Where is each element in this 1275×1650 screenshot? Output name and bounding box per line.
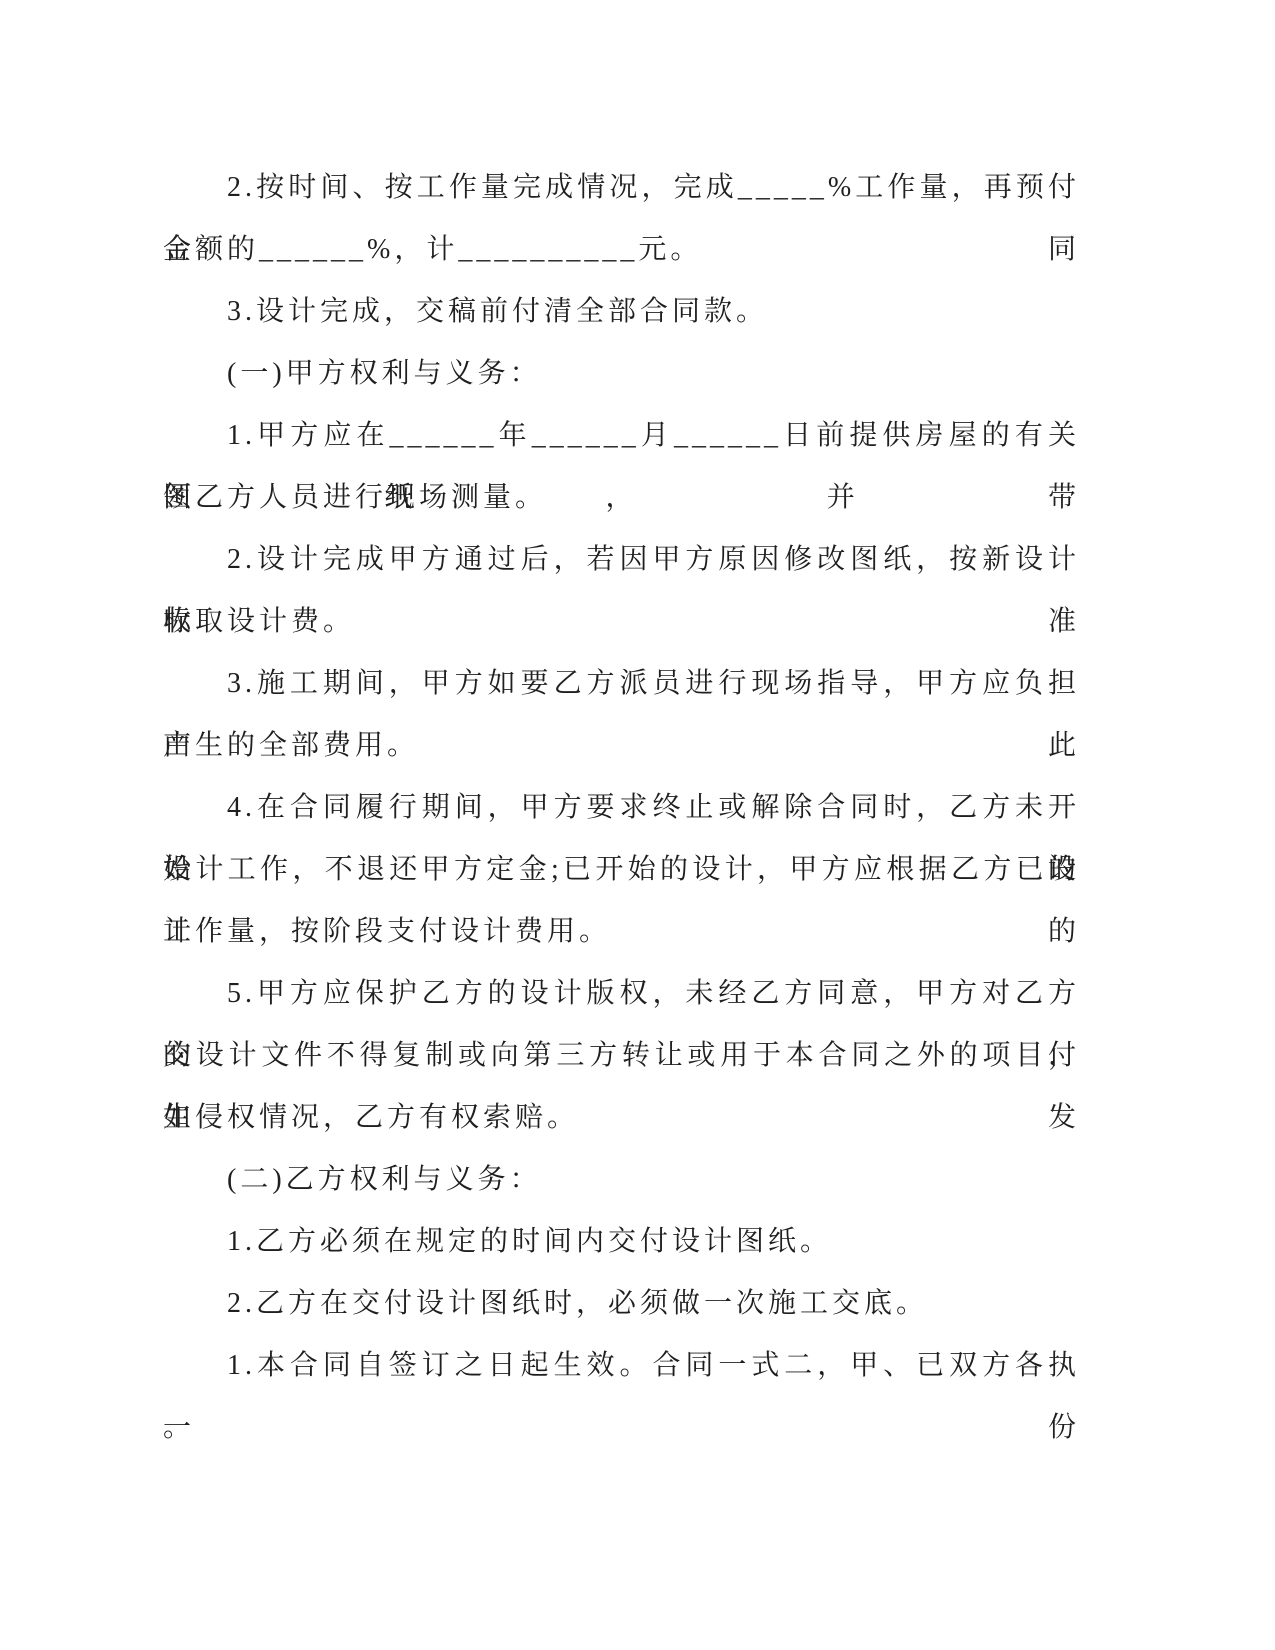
contract-line: 2.设计完成甲方通过后，若因甲方原因修改图纸，按新设计标准 [163,529,1080,591]
contract-line: 3.设计完成，交稿前付清全部合同款。 [163,281,1080,343]
contract-line: 1.甲方应在______年______月______日前提供房屋的有关图纸，并带 [163,405,1080,467]
contract-text-block: 2.按时间、按工作量完成情况，完成_____%工作量，再预付合同 金额的____… [163,157,1080,1459]
contract-line: 5.甲方应保护乙方的设计版权，未经乙方同意，甲方对乙方交付 [163,963,1080,1025]
contract-line: 的设计文件不得复制或向第三方转让或用于本合同之外的项目，如发 [163,1025,1080,1087]
contract-section-heading: (一)甲方权利与义务： [163,343,1080,405]
contract-line: 2.乙方在交付设计图纸时，必须做一次施工交底。 [163,1273,1080,1335]
contract-section-heading: (二)乙方权利与义务： [163,1149,1080,1211]
contract-line: 4.在合同履行期间，甲方要求终止或解除合同时，乙方未开始的 [163,777,1080,839]
contract-line: 1.乙方必须在规定的时间内交付设计图纸。 [163,1211,1080,1273]
contract-line: 3.施工期间，甲方如要乙方派员进行现场指导，甲方应负担由此 [163,653,1080,715]
document-page: 2.按时间、按工作量完成情况，完成_____%工作量，再预付合同 金额的____… [0,0,1275,1650]
contract-line: 设计工作，不退还甲方定金;已开始的设计，甲方应根据乙方已设计的 [163,839,1080,901]
contract-line: 2.按时间、按工作量完成情况，完成_____%工作量，再预付合同 [163,157,1080,219]
contract-line: 1.本合同自签订之日起生效。合同一式二，甲、已双方各执一份 [163,1335,1080,1397]
